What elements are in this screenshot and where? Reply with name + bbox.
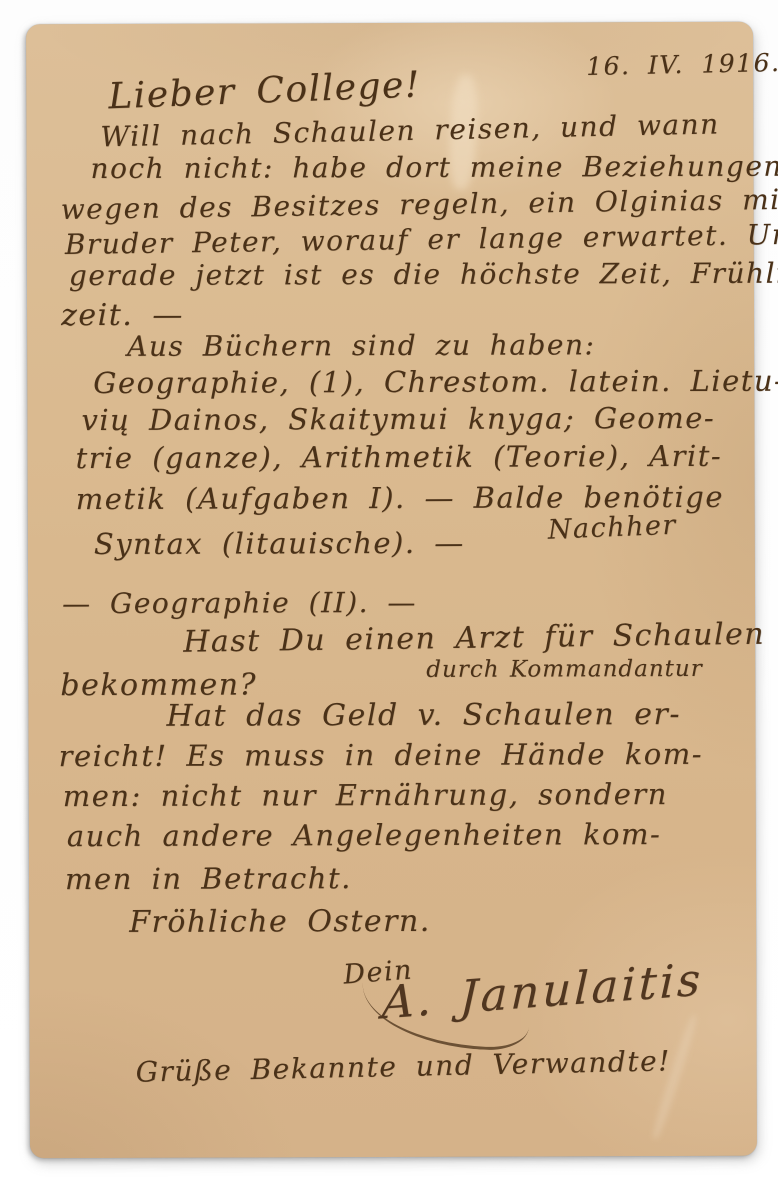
body-line: Will nach Schaulen reisen, und wann <box>100 110 720 151</box>
body-line: Syntax (litauische). — <box>94 529 465 559</box>
body-line: men in Betracht. <box>65 864 352 894</box>
body-line: gerade jetzt ist es die höchste Zeit, Fr… <box>69 259 778 290</box>
body-line: bekommen? <box>60 670 257 701</box>
salutation: Lieber College! <box>108 67 422 115</box>
body-line: wegen des Besitzes regeln, ein Olginias … <box>60 186 778 224</box>
body-line: Aus Büchern sind zu haben: <box>127 331 595 361</box>
easter-greeting: Fröhliche Ostern. <box>129 907 431 938</box>
body-line: Geographie, (1), Chrestom. latein. Lietu… <box>93 367 778 398</box>
body-line: zeit. — <box>61 301 184 331</box>
signature: A. Janulaitis <box>381 957 704 1026</box>
body-line: — Geographie (II). — <box>62 589 417 618</box>
nachher-note: Nachher <box>547 512 677 544</box>
body-line: trie (ganze), Arithmetik (Teorie), Arit- <box>75 442 722 473</box>
body-line: metik (Aufgaben I). — Balde benötige <box>76 483 724 514</box>
body-line: Hat das Geld v. Schaulen er- <box>166 700 681 732</box>
body-line: Hast Du einen Arzt für Schaulen <box>183 620 765 658</box>
body-line: noch nicht: habe dort meine Beziehungen <box>90 153 778 183</box>
body-line: auch andere Angelegenheiten kom- <box>67 820 661 851</box>
body-line: Bruder Peter, worauf er lange erwartet. … <box>65 221 778 259</box>
postscript: Grüße Bekannte und Verwandte! <box>135 1047 671 1086</box>
body-line: vių Dainos, Skaitymui knyga; Geome- <box>81 404 715 435</box>
inserted-note: durch Kommandantur <box>426 658 702 682</box>
postcard: 16. IV. 1916. Lieber College! Will nach … <box>26 22 757 1159</box>
date: 16. IV. 1916. <box>586 50 778 79</box>
body-line: reicht! Es muss in deine Hände kom- <box>59 740 704 771</box>
body-line: men: nicht nur Ernährung, sondern <box>63 780 668 811</box>
photo-background: 16. IV. 1916. Lieber College! Will nach … <box>0 0 778 1181</box>
